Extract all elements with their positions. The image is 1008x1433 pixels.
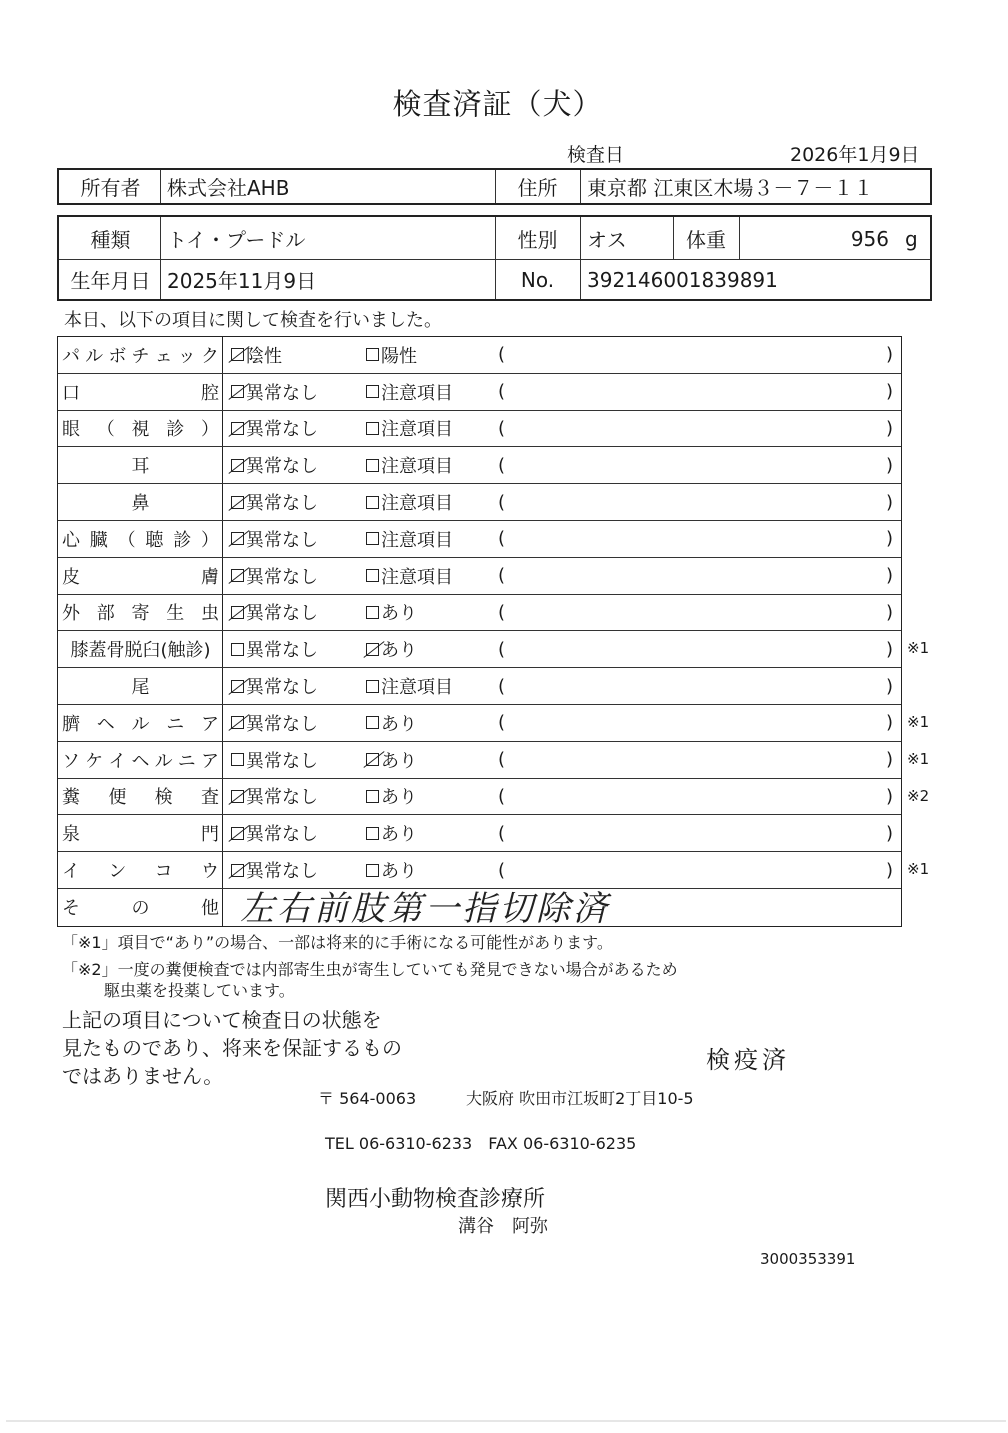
- remarks-open-paren: (: [498, 815, 505, 851]
- option-label: 異常なし: [246, 673, 318, 699]
- remarks-close-paren: ): [886, 631, 893, 667]
- remarks-open-paren: (: [498, 705, 505, 741]
- option-alert[interactable]: 注意項目: [366, 521, 453, 557]
- checked-checkbox-icon[interactable]: [231, 606, 244, 619]
- check-row-label: 尾: [58, 668, 223, 704]
- check-row: 耳異常なし注意項目(): [58, 447, 901, 484]
- check-row: 外部寄生虫異常なしあり(): [58, 595, 901, 632]
- weight-label: 体重: [673, 217, 739, 260]
- checked-checkbox-icon[interactable]: [231, 348, 244, 361]
- option-alert[interactable]: 注意項目: [366, 447, 453, 483]
- check-row: ソケイヘルニア異常なしあり(): [58, 742, 901, 779]
- check-row-label: 臍ヘルニア: [58, 705, 223, 741]
- checked-checkbox-icon[interactable]: [231, 569, 244, 582]
- checked-checkbox-icon[interactable]: [231, 385, 244, 398]
- option-label: 注意項目: [381, 673, 453, 699]
- check-row: 鼻異常なし注意項目(): [58, 484, 901, 521]
- label-char: 皮: [62, 563, 80, 589]
- row-note-mark: ※1: [907, 713, 929, 731]
- no-label: No.: [495, 260, 580, 299]
- checked-checkbox-icon[interactable]: [231, 422, 244, 435]
- label-char: ニ: [178, 747, 196, 773]
- label-char: コ: [155, 857, 173, 883]
- option-label: あり: [381, 783, 417, 809]
- label-char: ボ: [108, 342, 126, 368]
- checked-checkbox-icon[interactable]: [366, 753, 379, 766]
- option-alert[interactable]: あり: [366, 815, 417, 851]
- option-alert[interactable]: あり: [366, 742, 417, 778]
- option-normal[interactable]: 異常なし: [231, 374, 318, 410]
- checked-checkbox-icon[interactable]: [231, 532, 244, 545]
- label-char: 泉: [62, 820, 80, 846]
- option-normal[interactable]: 異常なし: [231, 595, 318, 631]
- option-normal[interactable]: 異常なし: [231, 484, 318, 520]
- inspection-date: 2026年1月9日: [790, 140, 920, 167]
- label-char: の: [132, 894, 150, 920]
- birth-value: 2025年11月9日: [167, 260, 487, 299]
- checked-checkbox-icon[interactable]: [231, 496, 244, 509]
- remarks-open-paren: (: [498, 484, 505, 520]
- remarks-close-paren: ): [886, 705, 893, 741]
- check-row: 泉門異常なしあり(): [58, 815, 901, 852]
- option-label: 異常なし: [246, 857, 318, 883]
- remarks-close-paren: ): [886, 779, 893, 815]
- label-char: 心: [62, 526, 80, 552]
- checkbox-icon[interactable]: [366, 864, 379, 877]
- option-label: あり: [381, 710, 417, 736]
- remarks-open-paren: (: [498, 668, 505, 704]
- check-row: 尾異常なし注意項目(): [58, 668, 901, 705]
- label-char: （: [118, 526, 136, 552]
- check-row-label: 眼（視診）: [58, 411, 223, 447]
- check-row: 心臓（聴診）異常なし注意項目(): [58, 521, 901, 558]
- label-char: ）: [201, 526, 219, 552]
- label-char: ェ: [155, 342, 173, 368]
- option-normal[interactable]: 異常なし: [231, 668, 318, 704]
- option-label: 異常なし: [246, 710, 318, 736]
- label-char: 他: [201, 894, 219, 920]
- option-label: 注意項目: [381, 452, 453, 478]
- remarks-close-paren: ): [886, 411, 893, 447]
- option-label: 異常なし: [246, 563, 318, 589]
- remarks-close-paren: ): [886, 484, 893, 520]
- option-alert[interactable]: あり: [366, 631, 417, 667]
- label-char: ソ: [62, 747, 80, 773]
- sex-value: オス: [587, 217, 667, 260]
- label-char: 耳: [132, 452, 150, 478]
- check-row-label: 外部寄生虫: [58, 595, 223, 631]
- weight-value: 956: [739, 217, 889, 260]
- label-char: 糞: [62, 783, 80, 809]
- label-char: 門: [201, 820, 219, 846]
- option-label: 異常なし: [246, 489, 318, 515]
- option-label: 異常なし: [246, 820, 318, 846]
- checkbox-icon[interactable]: [366, 790, 379, 803]
- sex-label: 性別: [495, 217, 580, 260]
- label-char: 口: [62, 379, 80, 405]
- check-row-label: 皮膚: [58, 558, 223, 594]
- inspection-date-label: 検査日: [567, 140, 624, 167]
- remarks-close-paren: ): [886, 742, 893, 778]
- option-alert[interactable]: 注意項目: [366, 374, 453, 410]
- checkbox-icon[interactable]: [366, 496, 379, 509]
- check-row-label: 耳: [58, 447, 223, 483]
- option-label: 注意項目: [381, 415, 453, 441]
- label-char: ケ: [85, 747, 103, 773]
- footnote-2-line2: 駆虫薬を投薬しています。: [104, 978, 295, 1001]
- option-label: 異常なし: [246, 526, 318, 552]
- remarks-close-paren: ): [886, 337, 893, 373]
- clinic-name: 関西小動物検査診療所: [325, 1182, 545, 1213]
- label-char: 眼: [62, 415, 80, 441]
- label-char: パ: [62, 342, 80, 368]
- option-normal[interactable]: 異常なし: [231, 742, 318, 778]
- check-row: 皮膚異常なし注意項目(): [58, 558, 901, 595]
- option-label: あり: [381, 636, 417, 662]
- option-alert[interactable]: あり: [366, 595, 417, 631]
- option-alert[interactable]: あり: [366, 779, 417, 815]
- checked-checkbox-icon[interactable]: [231, 680, 244, 693]
- checkbox-icon[interactable]: [366, 680, 379, 693]
- label-char: 視: [132, 415, 150, 441]
- option-normal[interactable]: 異常なし: [231, 411, 318, 447]
- row-note-mark: ※1: [907, 639, 929, 657]
- scan-edge-divider: [6, 1420, 1006, 1422]
- remarks-open-paren: (: [498, 411, 505, 447]
- option-label: あり: [381, 857, 417, 883]
- label-char: ニ: [166, 710, 184, 736]
- intro-text: 本日、以下の項目に関して検査を行いました。: [64, 306, 442, 332]
- label-char: 腔: [201, 379, 219, 405]
- option-label: 注意項目: [381, 379, 453, 405]
- weight-unit: g: [905, 217, 925, 260]
- checked-checkbox-icon[interactable]: [231, 864, 244, 877]
- checked-checkbox-icon[interactable]: [231, 716, 244, 729]
- label-char: ル: [155, 747, 173, 773]
- checkbox-icon[interactable]: [366, 459, 379, 472]
- label-char: ヘ: [97, 710, 115, 736]
- label-char: 臍: [62, 710, 80, 736]
- label-char: チ: [131, 342, 149, 368]
- remarks-open-paren: (: [498, 595, 505, 631]
- checkbox-icon[interactable]: [366, 422, 379, 435]
- row-note-mark: ※1: [907, 750, 929, 768]
- label-char: 鼻: [132, 489, 150, 515]
- remarks-open-paren: (: [498, 742, 505, 778]
- label-char: 虫: [201, 599, 219, 625]
- remarks-close-paren: ): [886, 558, 893, 594]
- label-char: （: [97, 415, 115, 441]
- remarks-close-paren: ): [886, 815, 893, 851]
- owner-label: 所有者: [59, 170, 162, 203]
- address-label: 住所: [495, 170, 580, 203]
- label-char: 膝蓋骨脱臼(触診): [70, 636, 210, 662]
- option-label: 異常なし: [246, 452, 318, 478]
- checkbox-icon[interactable]: [366, 385, 379, 398]
- remarks-open-paren: (: [498, 374, 505, 410]
- option-normal[interactable]: 異常なし: [231, 521, 318, 557]
- label-char: ン: [108, 857, 126, 883]
- label-char: 寄: [132, 599, 150, 625]
- option-label: 陰性: [246, 342, 282, 368]
- option-label: 異常なし: [246, 783, 318, 809]
- option-normal[interactable]: 異常なし: [231, 705, 318, 741]
- footnote-2-line1: 「※2」一度の糞便検査では内部寄生虫が寄生していても発見できない場合があるため: [62, 957, 678, 980]
- label-char: イ: [62, 857, 80, 883]
- check-row: 糞便検査異常なしあり(): [58, 779, 901, 816]
- label-char: 生: [166, 599, 184, 625]
- checked-checkbox-icon[interactable]: [231, 827, 244, 840]
- checkbox-icon[interactable]: [231, 753, 244, 766]
- checkbox-icon[interactable]: [366, 569, 379, 582]
- option-alert[interactable]: 注意項目: [366, 484, 453, 520]
- option-normal[interactable]: 異常なし: [231, 631, 318, 667]
- quarantine-stamp: 検疫済: [706, 1040, 790, 1075]
- label-char: 尾: [132, 673, 150, 699]
- remarks-open-paren: (: [498, 447, 505, 483]
- label-char: ル: [132, 710, 150, 736]
- label-char: そ: [62, 894, 80, 920]
- option-normal[interactable]: 異常なし: [231, 558, 318, 594]
- option-alert[interactable]: 陽性: [366, 337, 417, 373]
- option-label: あり: [381, 747, 417, 773]
- option-alert[interactable]: 注意項目: [366, 668, 453, 704]
- remarks-open-paren: (: [498, 631, 505, 667]
- footnote-1: 「※1」項目で“あり”の場合、一部は将来的に手術になる可能性があります。: [62, 930, 613, 953]
- check-row-label: 口腔: [58, 374, 223, 410]
- label-char: 膚: [201, 563, 219, 589]
- check-row: 臍ヘルニア異常なしあり(): [58, 705, 901, 742]
- remarks-close-paren: ): [886, 447, 893, 483]
- serial-number: 3000353391: [760, 1250, 855, 1268]
- label-char: 診: [173, 526, 191, 552]
- remarks-close-paren: ): [886, 521, 893, 557]
- option-normal[interactable]: 陰性: [231, 337, 282, 373]
- disclaimer-line-2: 見たものであり、将来を保証するもの: [62, 1034, 402, 1062]
- checkbox-icon[interactable]: [366, 606, 379, 619]
- option-label: あり: [381, 599, 417, 625]
- label-char: ア: [201, 747, 219, 773]
- check-row-label: ソケイヘルニア: [58, 742, 223, 778]
- remarks-close-paren: ): [886, 852, 893, 888]
- document-title: 検査済証（犬）: [0, 82, 995, 123]
- option-label: 異常なし: [246, 379, 318, 405]
- checkbox-icon[interactable]: [366, 827, 379, 840]
- checked-checkbox-icon[interactable]: [231, 790, 244, 803]
- check-row: パルボチェック陰性陽性(): [58, 337, 901, 374]
- remarks-open-paren: (: [498, 337, 505, 373]
- option-label: 注意項目: [381, 489, 453, 515]
- option-label: 異常なし: [246, 636, 318, 662]
- label-char: 部: [97, 599, 115, 625]
- check-row-label: 鼻: [58, 484, 223, 520]
- check-row-label: 泉門: [58, 815, 223, 851]
- address-value: 東京都 江東区木場３－７－１１: [587, 170, 927, 203]
- label-char: 外: [62, 599, 80, 625]
- remarks-close-paren: ): [886, 595, 893, 631]
- option-alert[interactable]: 注意項目: [366, 411, 453, 447]
- check-row-label: 心臓（聴診）: [58, 521, 223, 557]
- remarks-close-paren: ): [886, 668, 893, 704]
- check-row-label: パルボチェック: [58, 337, 223, 373]
- option-alert[interactable]: 注意項目: [366, 558, 453, 594]
- row-note-mark: ※2: [907, 787, 929, 805]
- option-label: 注意項目: [381, 563, 453, 589]
- check-row: 眼（視診）異常なし注意項目(): [58, 411, 901, 448]
- label-char: ウ: [201, 857, 219, 883]
- check-row-label: インコウ: [58, 852, 223, 888]
- option-label: 異常なし: [246, 599, 318, 625]
- label-char: ル: [85, 342, 103, 368]
- option-label: 陽性: [381, 342, 417, 368]
- disclaimer-line-1: 上記の項目について検査日の状態を: [62, 1006, 402, 1034]
- checked-checkbox-icon[interactable]: [231, 459, 244, 472]
- checkbox-icon[interactable]: [366, 532, 379, 545]
- label-char: イ: [108, 747, 126, 773]
- check-row: 口腔異常なし注意項目(): [58, 374, 901, 411]
- clinic-contact: TEL 06-6310-6233 FAX 06-6310-6235: [325, 1131, 636, 1154]
- option-alert[interactable]: あり: [366, 705, 417, 741]
- label-char: 聴: [145, 526, 163, 552]
- clinic-doctor: 溝谷 阿弥: [458, 1212, 548, 1238]
- option-normal[interactable]: 異常なし: [231, 447, 318, 483]
- label-char: ア: [201, 710, 219, 736]
- no-value: 392146001839891: [587, 260, 907, 299]
- label-char: 診: [166, 415, 184, 441]
- label-char: 検: [155, 783, 173, 809]
- birth-label: 生年月日: [59, 260, 162, 299]
- checkbox-icon[interactable]: [366, 716, 379, 729]
- label-char: ク: [201, 342, 219, 368]
- option-label: 注意項目: [381, 526, 453, 552]
- option-label: 異常なし: [246, 415, 318, 441]
- label-char: ッ: [178, 342, 196, 368]
- disclaimer: 上記の項目について検査日の状態を 見たものであり、将来を保証するもの ではありま…: [62, 1006, 402, 1090]
- animal-table: 種類 トイ・プードル 性別 オス 体重 956 g 生年月日 2025年11月9…: [57, 215, 932, 301]
- checked-checkbox-icon[interactable]: [366, 643, 379, 656]
- checkbox-icon[interactable]: [231, 643, 244, 656]
- check-row-other: その他左右前肢第一指切除済: [58, 889, 901, 926]
- option-normal[interactable]: 異常なし: [231, 815, 318, 851]
- remarks-open-paren: (: [498, 521, 505, 557]
- species-value: トイ・プードル: [167, 217, 487, 260]
- checkbox-icon[interactable]: [366, 348, 379, 361]
- option-normal[interactable]: 異常なし: [231, 779, 318, 815]
- label-char: ヘ: [131, 747, 149, 773]
- label-char: 臓: [90, 526, 108, 552]
- inspection-checks-table: パルボチェック陰性陽性()口腔異常なし注意項目()眼（視診）異常なし注意項目()…: [57, 336, 902, 927]
- option-label: あり: [381, 820, 417, 846]
- label-char: 便: [108, 783, 126, 809]
- clinic-address: 大阪府 吹田市江坂町2丁目10-5: [466, 1086, 694, 1109]
- label-char: 査: [201, 783, 219, 809]
- other-handwritten-value: 左右前肢第一指切除済: [240, 881, 610, 930]
- check-row: 膝蓋骨脱臼(触診)異常なしあり(): [58, 631, 901, 668]
- check-row-label: 膝蓋骨脱臼(触診): [58, 631, 223, 667]
- remarks-close-paren: ): [886, 374, 893, 410]
- owner-table: 所有者 株式会社AHB 住所 東京都 江東区木場３－７－１１: [57, 168, 932, 205]
- check-row-label: 糞便検査: [58, 779, 223, 815]
- remarks-open-paren: (: [498, 558, 505, 594]
- owner-value: 株式会社AHB: [167, 170, 497, 203]
- remarks-open-paren: (: [498, 779, 505, 815]
- check-row-label: その他: [58, 889, 223, 926]
- row-note-mark: ※1: [907, 860, 929, 878]
- clinic-postal-code: 〒 564-0063: [318, 1086, 416, 1109]
- species-label: 種類: [59, 217, 162, 260]
- label-char: ）: [201, 415, 219, 441]
- option-label: 異常なし: [246, 747, 318, 773]
